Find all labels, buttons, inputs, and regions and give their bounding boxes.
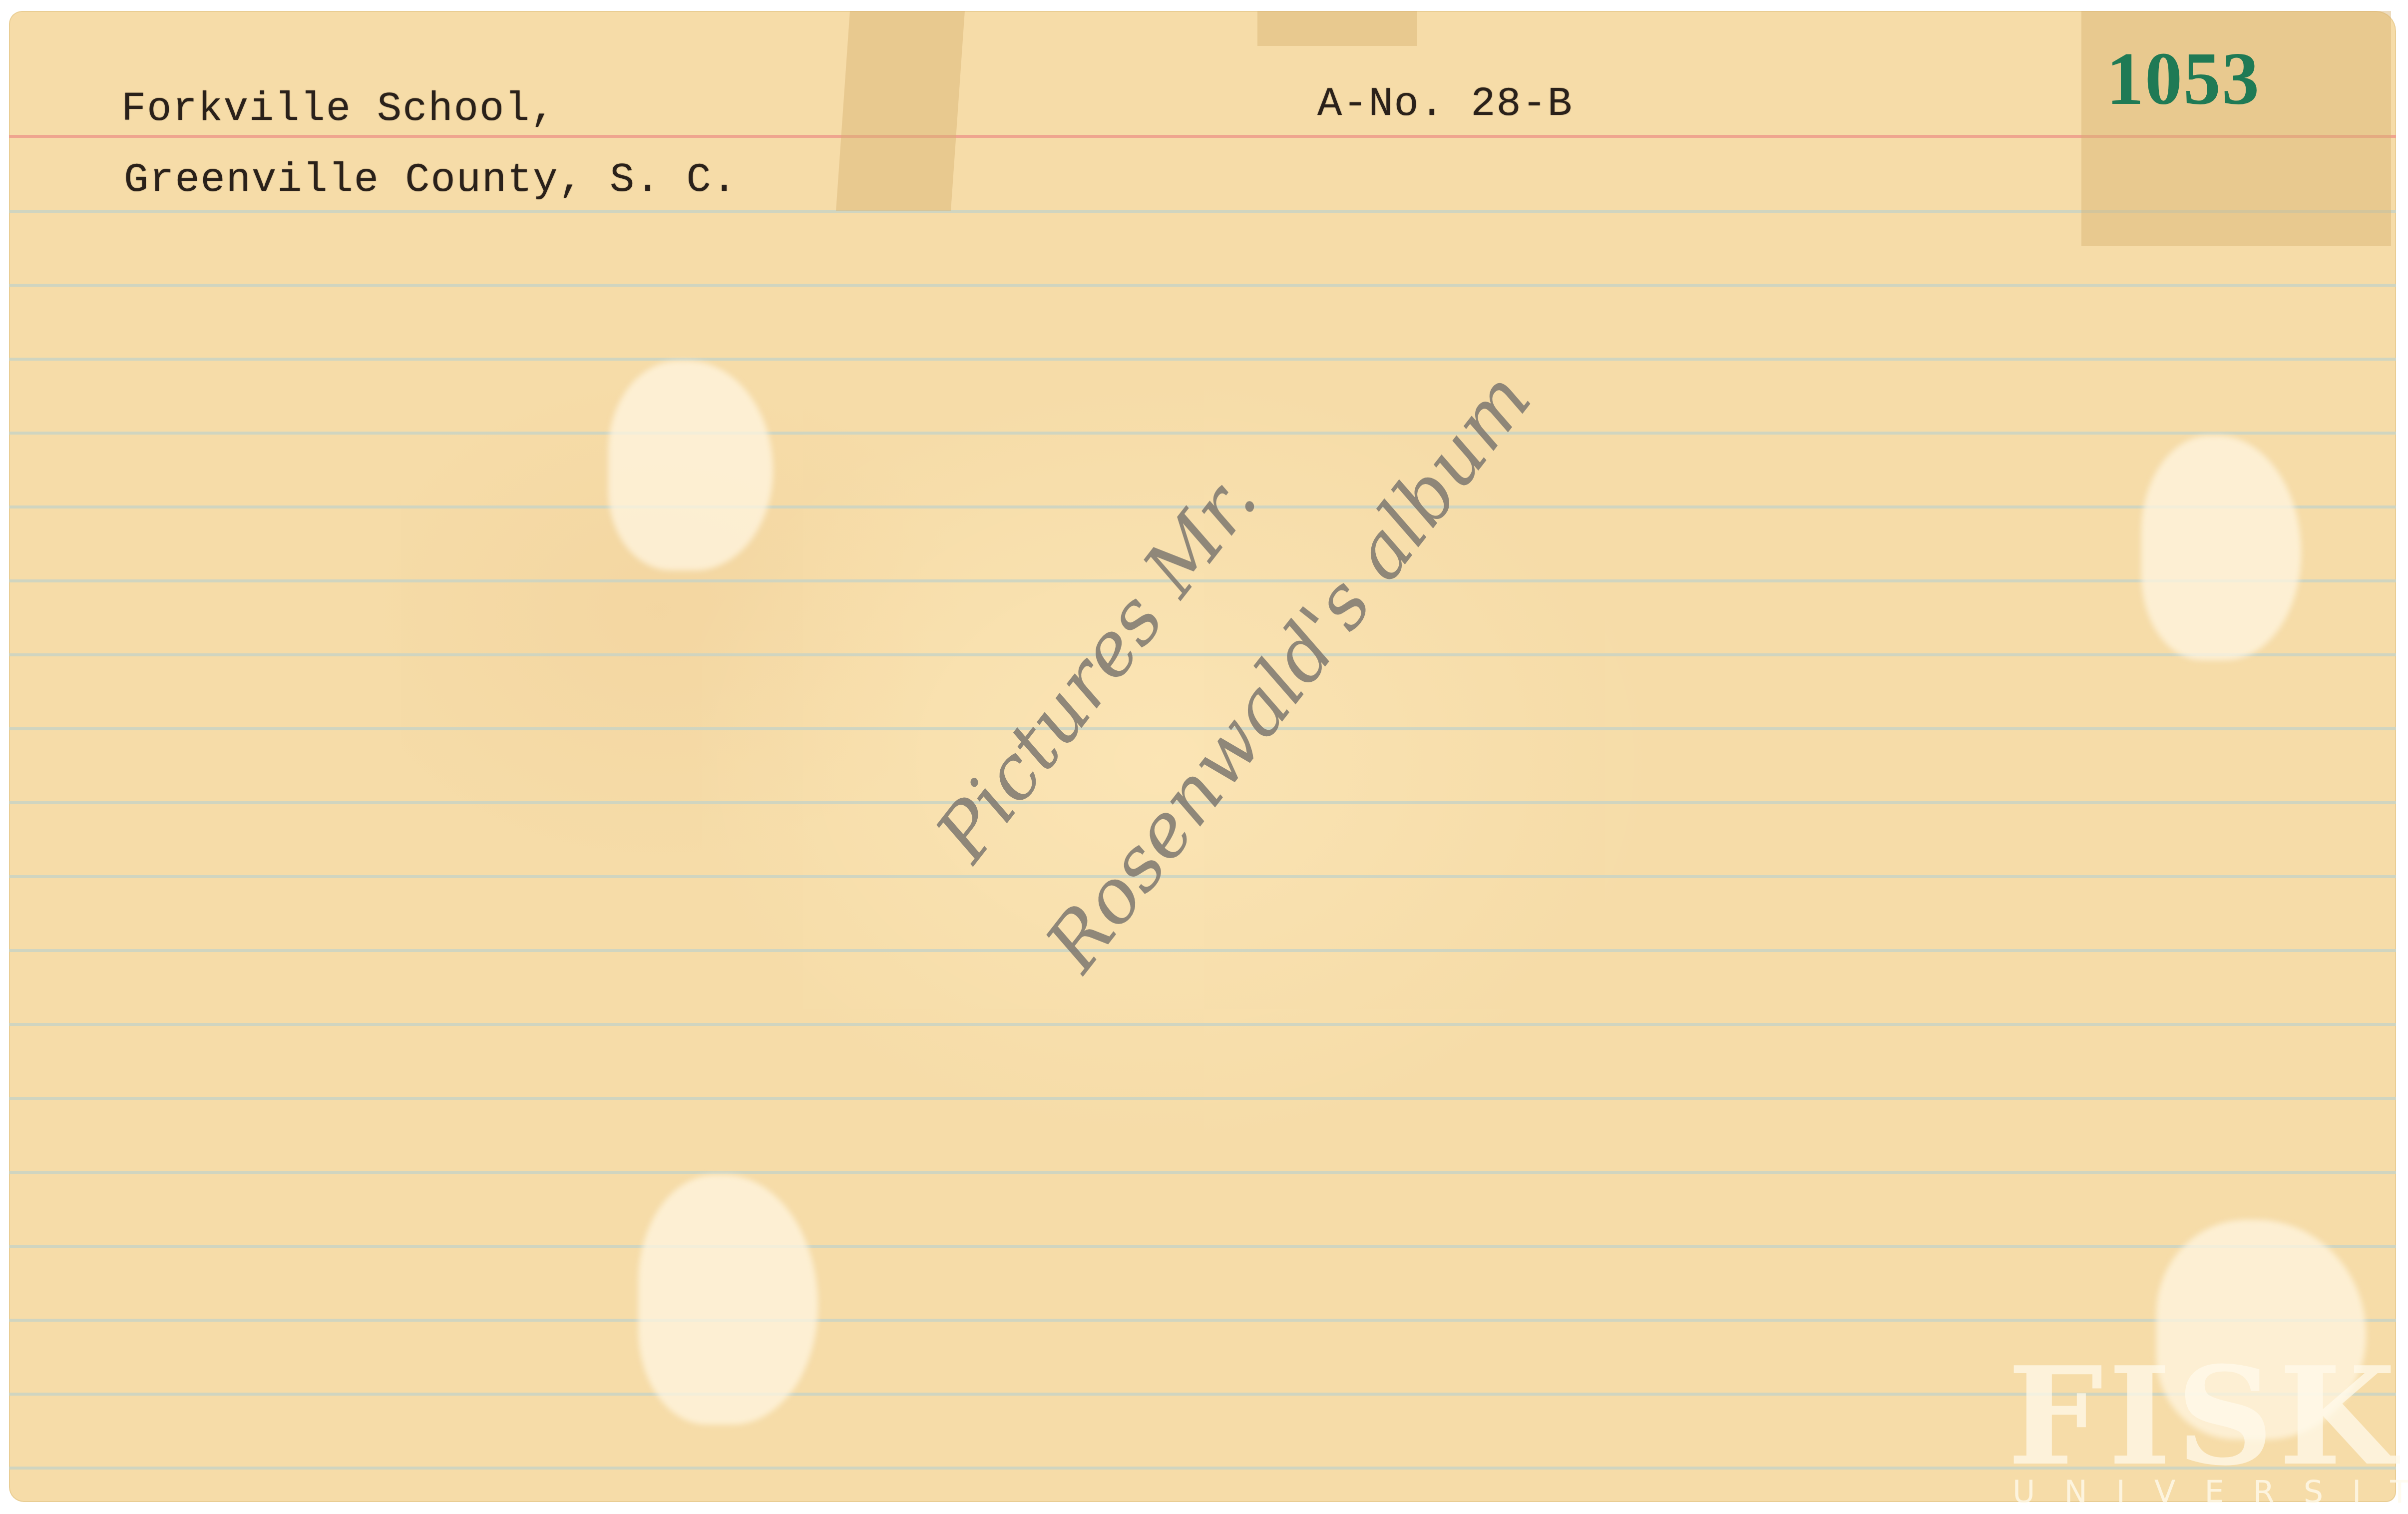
blue-rule [9, 358, 2396, 361]
index-card: Forkville School, Greenville County, S. … [9, 11, 2396, 1502]
fisk-watermark-subtitle: UNIVERSITY [2012, 1474, 2408, 1510]
paper-stain [608, 361, 773, 570]
blue-rule [9, 1023, 2396, 1026]
paper-stain [2141, 436, 2301, 660]
blue-rule [9, 1171, 2396, 1174]
blue-rule [9, 1245, 2396, 1248]
blue-rule [9, 1319, 2396, 1322]
tape-remnant [1257, 11, 1417, 46]
blue-rule [9, 949, 2396, 952]
stamped-catalog-number: 1053 [2106, 36, 2260, 122]
red-header-rule [9, 135, 2396, 138]
blue-rule [9, 653, 2396, 656]
blue-rule [9, 432, 2396, 435]
blue-rule [9, 1097, 2396, 1100]
paper-stain [638, 1175, 818, 1425]
county-state: Greenville County, S. C. [124, 157, 738, 203]
fisk-watermark-logo: FISK [2007, 1349, 2401, 1484]
tape-remnant [836, 11, 965, 211]
blue-rule [9, 284, 2396, 287]
accession-number: A-No. 28-B [1317, 81, 1573, 127]
blue-rule [9, 875, 2396, 878]
blue-rule [9, 210, 2396, 213]
school-name: Forkville School, [121, 86, 556, 132]
